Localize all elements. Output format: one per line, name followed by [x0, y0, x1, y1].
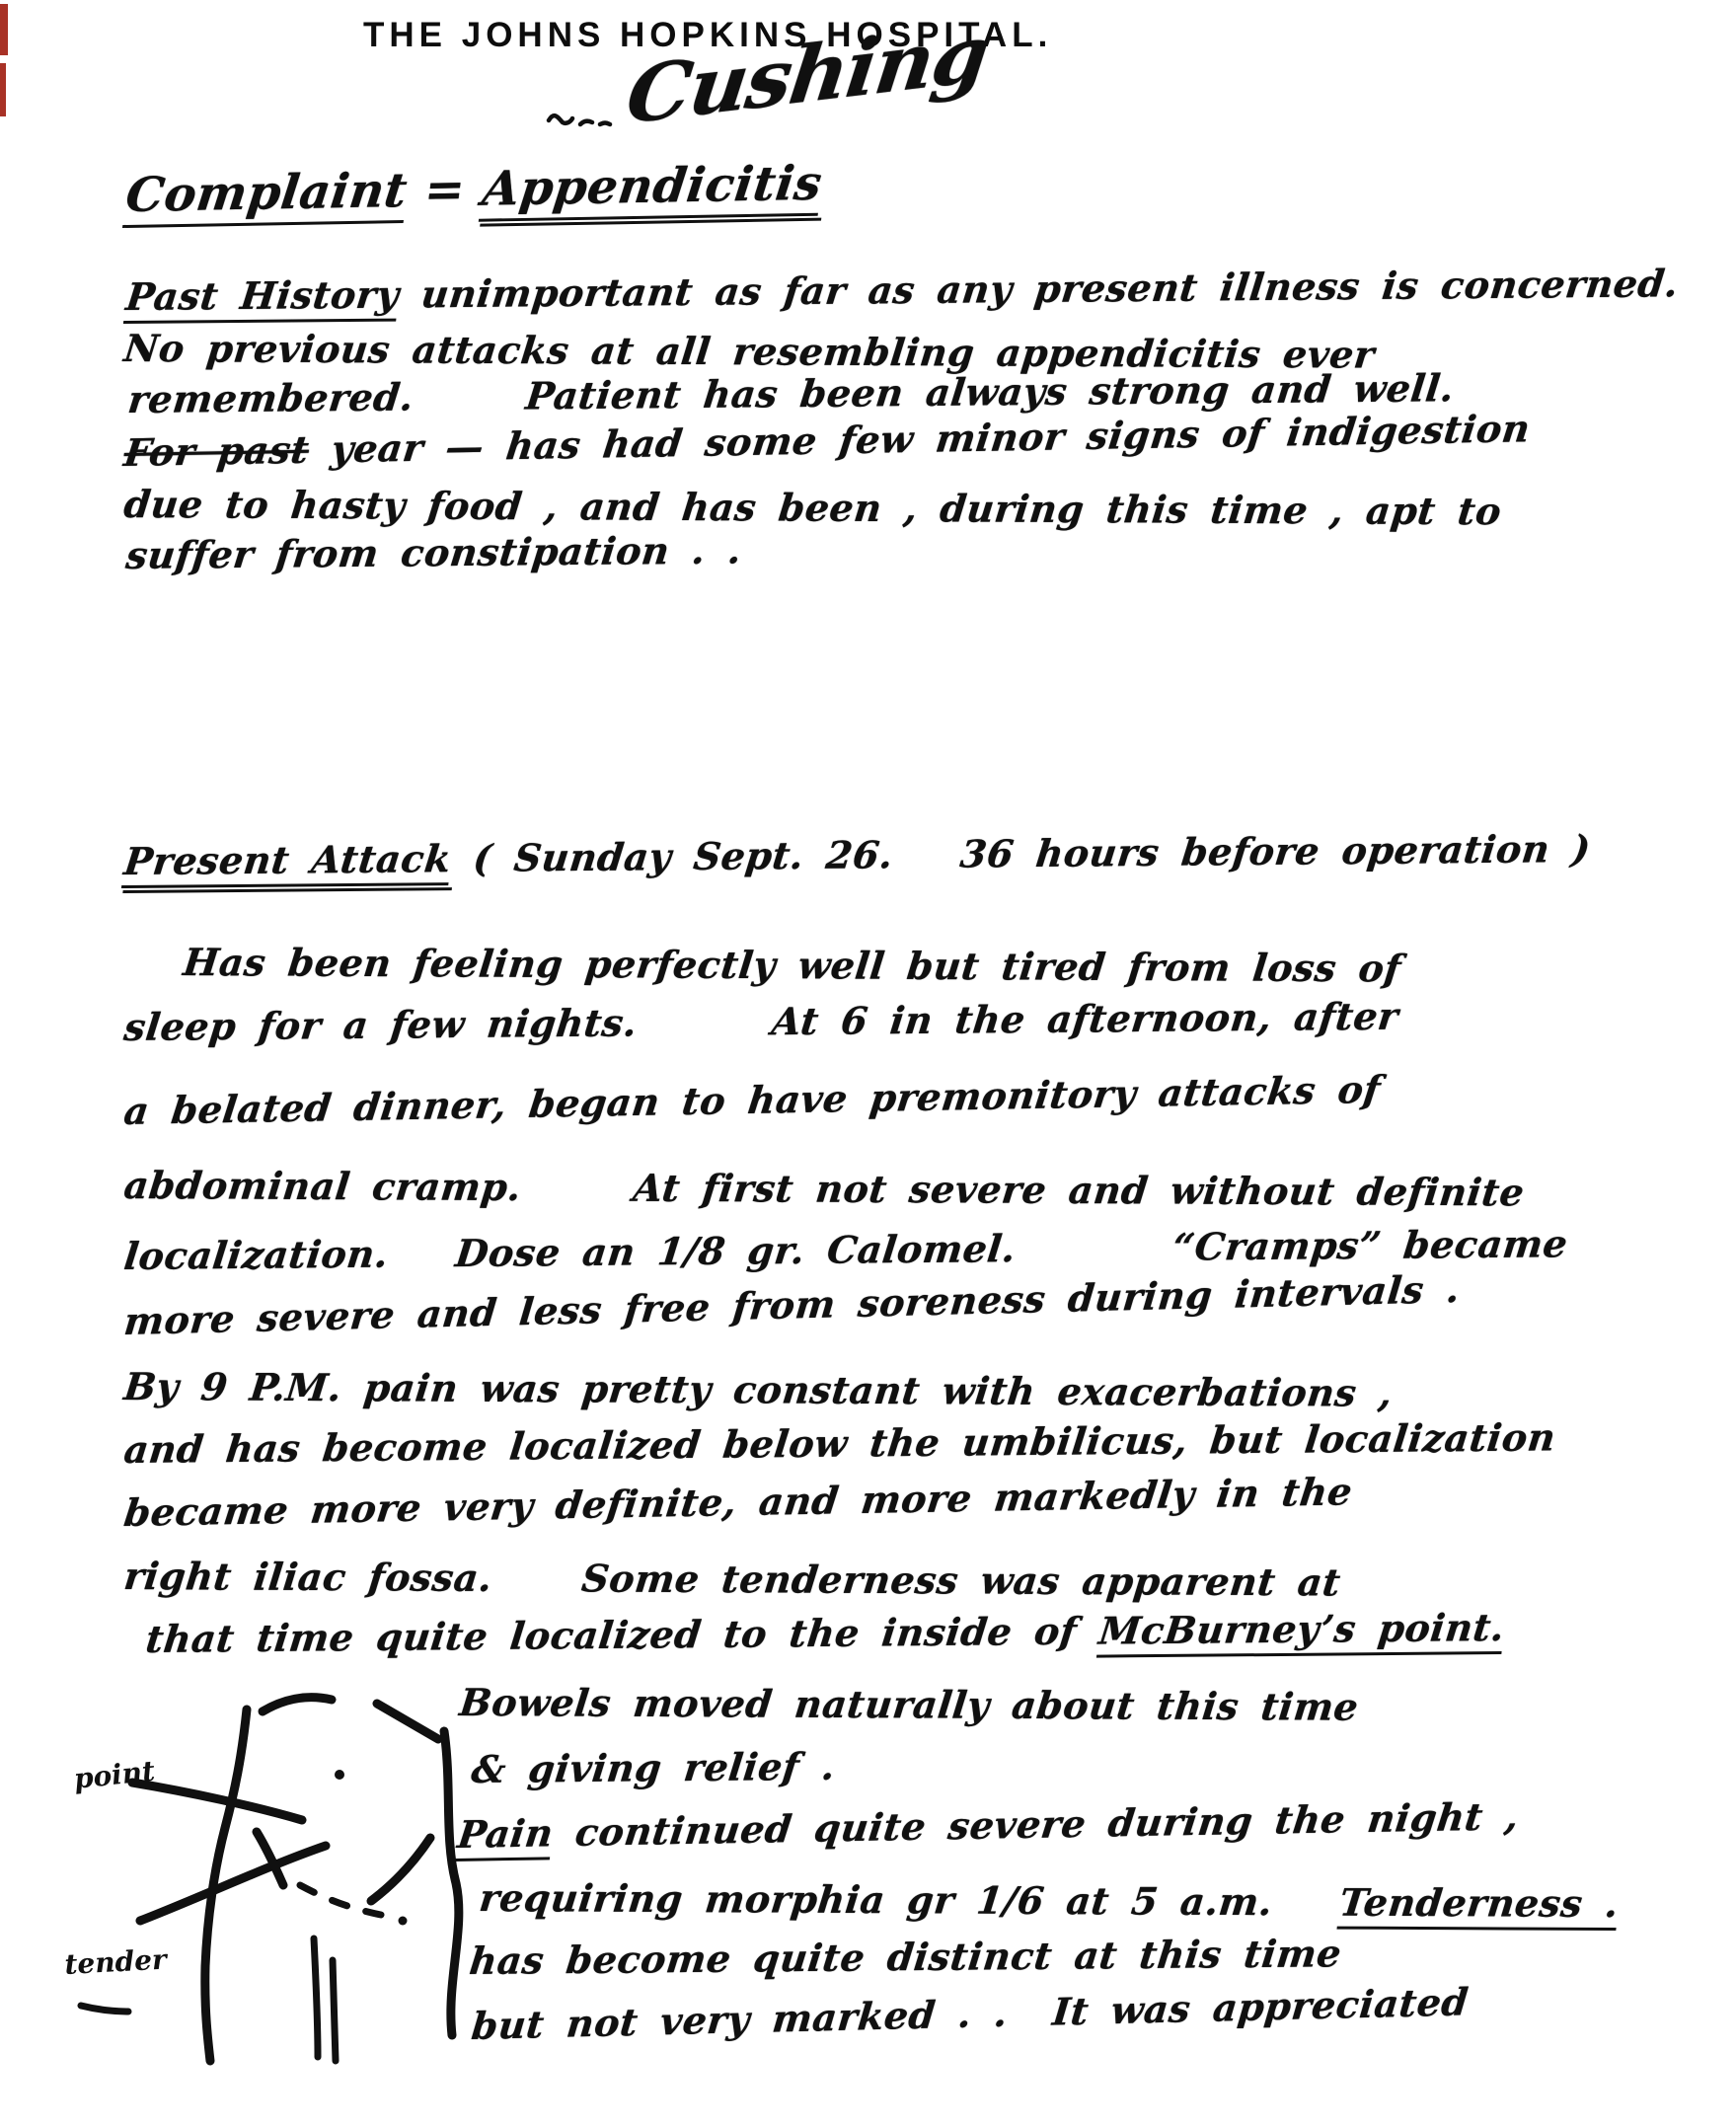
abdomen-sketch: point tender	[51, 1670, 476, 2114]
pointer-line-upper	[132, 1783, 302, 1820]
present-attack-line: more severe and less free from soreness …	[122, 1266, 1463, 1343]
waist-top-right-stroke	[377, 1704, 438, 1739]
continuation-line-relief: & giving relief .	[469, 1744, 838, 1791]
sketch-label-point: point	[72, 1755, 156, 1795]
scanned-note-page: THE JOHNS HOPKINS HOSPITAL. Cushing Comp…	[0, 0, 1736, 2127]
left-thigh-stroke-2	[333, 1960, 336, 2061]
tenderness-word: Tenderness .	[1337, 1880, 1622, 1931]
scan-artifact	[0, 63, 6, 116]
present-attack-heading: Present Attack	[121, 836, 454, 888]
complaint-line: Complaint=Appendicitis	[123, 156, 825, 223]
present-attack-line: Has been feeling perfectly well but tire…	[182, 940, 1404, 990]
present-attack-line: By 9 P.M. pain was pretty constant with …	[122, 1364, 1396, 1415]
tender-label-dash	[81, 2006, 128, 2012]
complaint-dash: =	[421, 162, 469, 218]
right-body-contour	[444, 1731, 459, 2035]
continuation-line-distinct: has become quite distinct at this time	[467, 1931, 1343, 1983]
right-hip-inner-curve	[371, 1838, 430, 1901]
ink-dot	[335, 1770, 344, 1780]
past-history-heading: Past History	[123, 272, 402, 324]
left-thigh-stroke	[314, 1938, 318, 2057]
past-history-line-1-text: unimportant as far as any present illnes…	[419, 261, 1682, 316]
continuation-line-last: but not very marked . . It was appreciat…	[470, 1979, 1471, 2048]
past-history-line-1: Past History unimportant as far as any p…	[123, 261, 1681, 319]
present-attack-line: abdominal cramp. At first not severe and…	[122, 1163, 1527, 1214]
complaint-value: Appendicitis	[479, 156, 825, 222]
ink-dot	[399, 1917, 408, 1926]
present-attack-line: became more very definite, and more mark…	[121, 1469, 1355, 1535]
continuation-line-morphia: requiring morphia gr 1/6 at 5 a.m. Tende…	[478, 1875, 1622, 1926]
complaint-label: Complaint	[122, 163, 411, 228]
sketch-label-tender: tender	[64, 1943, 170, 1981]
continuation-line-pain: Pain continued quite severe during the n…	[455, 1793, 1522, 1857]
present-attack-line: sleep for a few nights. At 6 in the afte…	[121, 994, 1400, 1049]
mcburney-point-words: McBurney’s point.	[1096, 1605, 1507, 1658]
morphia-line-text: requiring morphia gr 1/6 at 5 a.m.	[478, 1875, 1343, 1925]
present-attack-line: and has become localized below the umbil…	[121, 1414, 1557, 1472]
present-attack-date: ( Sunday Sept. 26. 36 hours before opera…	[449, 826, 1594, 880]
present-attack-heading-line: Present Attack ( Sunday Sept. 26. 36 hou…	[121, 826, 1593, 883]
pain-line-text: continued quite severe during the night …	[551, 1793, 1522, 1855]
present-attack-line: right iliac fossa. Some tenderness was a…	[122, 1554, 1343, 1604]
name-scribble-icon	[545, 105, 616, 132]
present-attack-line-mcburney: that time quite localized to the inside …	[143, 1605, 1507, 1661]
mcburney-line-text: that time quite localized to the inside …	[143, 1609, 1101, 1661]
scan-artifact	[0, 4, 8, 55]
continuation-line-bowels: Bowels moved naturally about this time	[458, 1680, 1361, 1729]
present-attack-line: a belated dinner, began to have premonit…	[121, 1067, 1383, 1133]
past-history-line-6: suffer from constipation . .	[123, 528, 744, 577]
struck-words: For past	[121, 427, 312, 475]
past-history-line-5: due to hasty food , and has been , durin…	[122, 482, 1504, 533]
waist-top-stroke	[263, 1698, 332, 1711]
x-mark-stroke	[257, 1832, 283, 1885]
